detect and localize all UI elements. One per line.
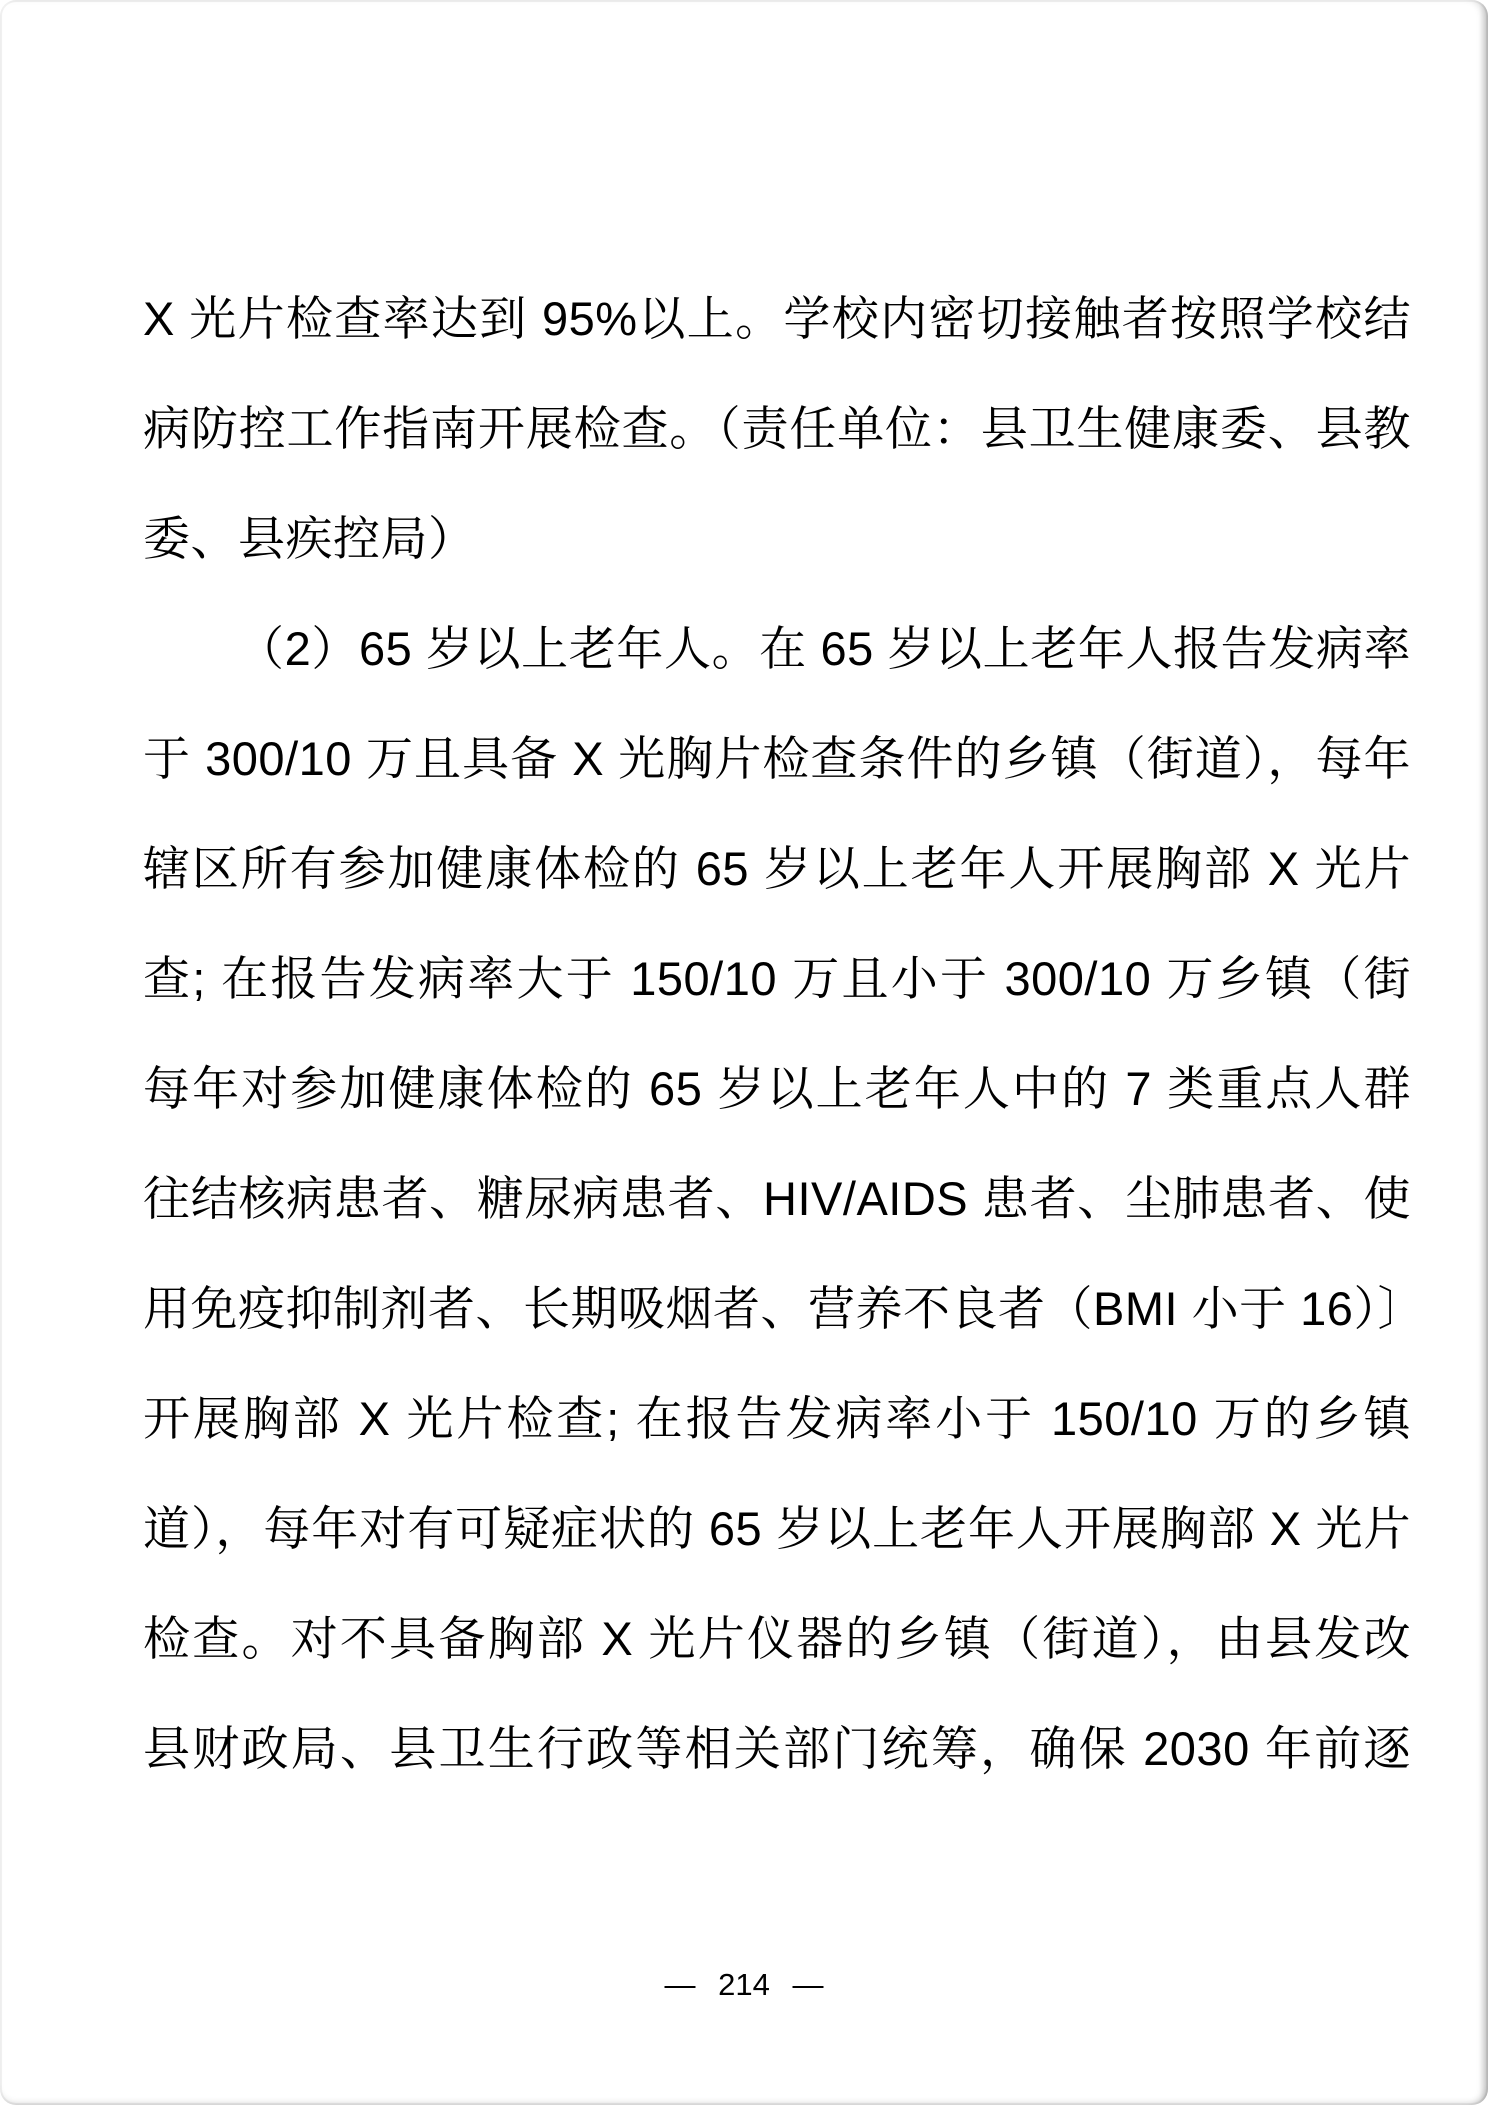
body-line-2: 病防控工作指南开展检查。（责任单位：县卫生健康委、县教	[143, 374, 1411, 484]
body-line-10: 用免疫抑制剂者、长期吸烟者、营养不良者（BMI 小于 16）〕	[143, 1254, 1411, 1364]
body-line-3: 委、县疾控局）	[143, 484, 1411, 594]
body-line-14: 县财政局、县卫生行政等相关部门统筹，确保 2030 年前逐步配	[143, 1694, 1411, 1804]
body-line-6: 辖区所有参加健康体检的 65 岁以上老年人开展胸部 X 光片检	[143, 814, 1411, 924]
body-line-9: 往结核病患者、糖尿病患者、HIV/AIDS 患者、尘肺患者、使	[143, 1144, 1411, 1254]
body-line-1: X 光片检查率达到 95%以上。学校内密切接触者按照学校结核	[143, 264, 1411, 374]
body-text: X 光片检查率达到 95%以上。学校内密切接触者按照学校结核 病防控工作指南开展…	[143, 264, 1411, 1804]
body-line-8: 每年对参加健康体检的 65 岁以上老年人中的 7 类重点人群〔既	[143, 1034, 1411, 1144]
scan-edge-shadow	[1479, 0, 1488, 2105]
body-line-4: （2）65 岁以上老年人。在 65 岁以上老年人报告发病率大	[143, 594, 1411, 704]
body-line-11: 开展胸部 X 光片检查; 在报告发病率小于 150/10 万的乡镇（街	[143, 1364, 1411, 1474]
body-line-13: 检查。对不具备胸部 X 光片仪器的乡镇（街道），由县发改委、	[143, 1584, 1411, 1694]
body-line-12: 道），每年对有可疑症状的 65 岁以上老年人开展胸部 X 光片	[143, 1474, 1411, 1584]
document-page: X 光片检查率达到 95%以上。学校内密切接触者按照学校结核 病防控工作指南开展…	[0, 0, 1488, 2105]
body-line-7: 查; 在报告发病率大于 150/10 万且小于 300/10 万乡镇（街道），	[143, 924, 1411, 1034]
body-line-5: 于 300/10 万且具备 X 光胸片检查条件的乡镇（街道），每年对	[143, 704, 1411, 814]
page-number: — 214 —	[0, 1958, 1488, 2012]
